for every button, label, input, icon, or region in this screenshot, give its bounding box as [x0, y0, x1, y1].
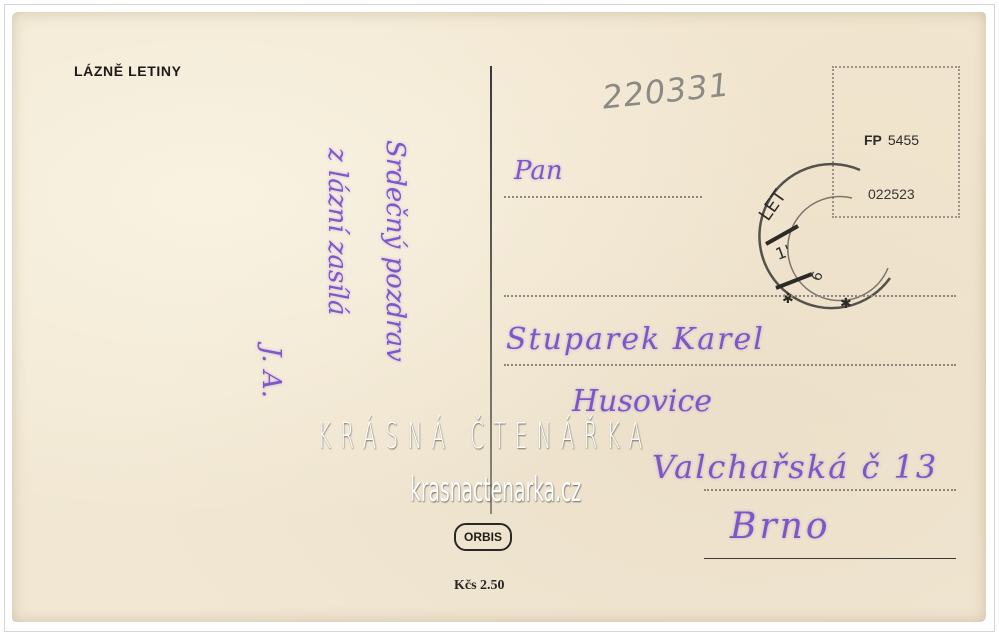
address-line-5 — [704, 558, 956, 559]
address-salutation: Pan — [514, 156, 563, 186]
message-line-2: z lázní zasílá — [322, 148, 352, 315]
archive-number: 220331 — [600, 65, 731, 116]
address-line-3 — [504, 364, 956, 366]
address-name: Stuparek Karel — [506, 322, 765, 357]
price-label: Kčs 2.50 — [454, 578, 505, 594]
postcard-title: LÁZNĚ LETINY — [74, 63, 182, 79]
address-line-1 — [504, 196, 702, 198]
watermark-title: KRÁSNÁ ČTENÁŘKA — [318, 416, 652, 457]
address-street: Valchařská č 13 — [652, 448, 938, 486]
postcard-back: LÁZNĚ LETINY 220331 FP5455 022523 LET 1'… — [12, 12, 986, 622]
svg-text:1': 1' — [773, 241, 793, 264]
svg-text:✱: ✱ — [782, 291, 794, 307]
svg-text:6: 6 — [809, 269, 827, 283]
address-city: Brno — [730, 506, 831, 547]
postmark-icon: LET 1' 6 ✱ ✱ — [740, 158, 900, 318]
address-district: Husovice — [572, 384, 712, 419]
field-post-number: FP5455 — [864, 132, 919, 148]
address-line-2 — [504, 295, 956, 297]
message-signature: J. A. — [256, 346, 286, 398]
svg-text:✱: ✱ — [840, 296, 852, 312]
watermark-url: krasnactenarka.cz — [410, 470, 581, 510]
message-line-1: Srdečný pozdrav — [380, 140, 410, 362]
publisher-logo: ORBIS — [454, 523, 512, 551]
address-line-4 — [704, 489, 956, 491]
